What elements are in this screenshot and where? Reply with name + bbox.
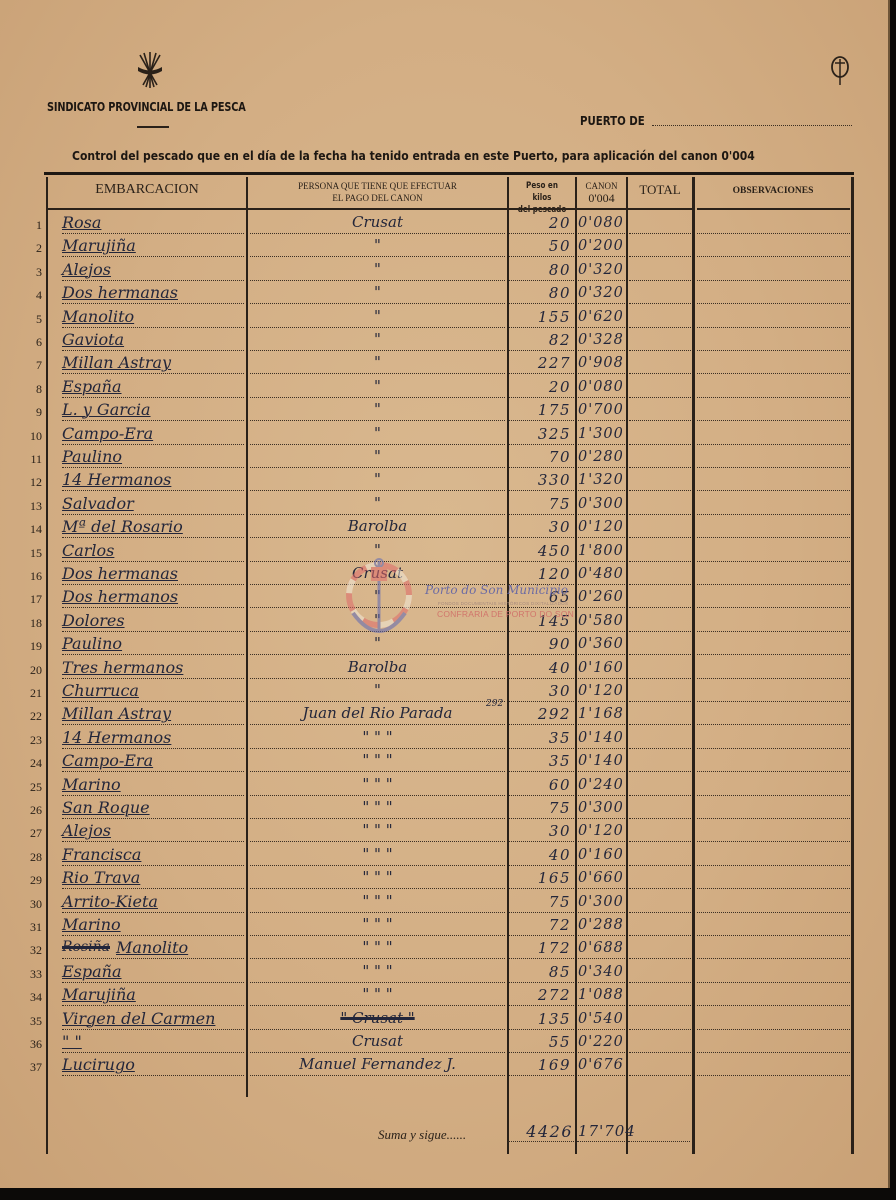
row-rule: [629, 724, 691, 725]
canon-amount: 0'320: [578, 262, 634, 278]
row-rule: [697, 724, 850, 725]
row-rule: [509, 958, 574, 959]
canon-amount: 0'480: [578, 566, 634, 582]
canon-amount: 1'320: [578, 472, 634, 488]
row-rule: [629, 397, 691, 398]
weight-kg: 175: [505, 401, 571, 419]
row-number: 29: [22, 873, 42, 888]
row-rule: [250, 1029, 505, 1030]
row-rule: [509, 467, 574, 468]
total-cell[interactable]: [628, 703, 692, 725]
observaciones-cell[interactable]: [697, 1054, 850, 1076]
total-cell[interactable]: [628, 727, 692, 749]
observaciones-cell[interactable]: [697, 937, 850, 959]
table-row: 30Arrito-Kieta" " "750'300: [0, 891, 888, 914]
table-row: 1RosaCrusat200'080: [0, 212, 888, 235]
boat-name: " ": [62, 1032, 82, 1051]
observaciones-cell[interactable]: [697, 352, 850, 374]
row-rule: [697, 795, 850, 796]
row-rule: [697, 537, 850, 538]
table-row: 15Carlos"4501'800: [0, 540, 888, 563]
total-cell[interactable]: [628, 586, 692, 608]
header-persona-line1: PERSONA QUE TIENE QUE EFECTUAR: [248, 180, 507, 192]
total-cell[interactable]: [628, 212, 692, 234]
payer-name: ": [250, 260, 505, 278]
row-rule: [578, 912, 625, 913]
row-rule: [509, 397, 574, 398]
total-cell[interactable]: [628, 493, 692, 515]
row-number: 20: [22, 663, 42, 678]
row-rule: [697, 373, 850, 374]
observaciones-cell[interactable]: [697, 891, 850, 913]
observaciones-cell[interactable]: [697, 703, 850, 725]
payer-name: Barolba: [250, 517, 505, 535]
observaciones-cell[interactable]: [697, 306, 850, 328]
row-rule: [578, 397, 625, 398]
anchor-lifebuoy-stamp-icon: [343, 555, 415, 645]
observaciones-cell[interactable]: [697, 376, 850, 398]
row-rule: [578, 537, 625, 538]
table-row: 37LucirugoManuel Fernandez J.1690'676: [0, 1054, 888, 1077]
weight-kg: 30: [505, 518, 571, 536]
observaciones-cell[interactable]: [697, 1031, 850, 1053]
oval-seal-icon: [830, 55, 850, 87]
row-rule: [578, 584, 625, 585]
canon-amount: 0'120: [578, 683, 634, 699]
header-embarcacion: EMBARCACION: [48, 177, 246, 211]
observaciones-cell[interactable]: [697, 750, 850, 772]
row-rule: [578, 795, 625, 796]
boat-name: Campo-Era: [62, 751, 153, 770]
row-rule: [62, 982, 244, 983]
row-rule: [62, 748, 244, 749]
boat-name: España: [62, 377, 122, 396]
boat-name: Carlos: [62, 541, 114, 560]
canon-amount: 0'300: [578, 800, 634, 816]
boat-name: Tres hermanos: [62, 658, 183, 677]
total-cell[interactable]: [628, 984, 692, 1006]
weight-kg: 80: [505, 284, 571, 302]
row-rule: [62, 958, 244, 959]
canon-amount: 0'620: [578, 309, 634, 325]
boat-name: Francisca: [62, 845, 141, 864]
row-rule: [62, 654, 244, 655]
total-cell[interactable]: [628, 1054, 692, 1076]
document-page: SINDICATO PROVINCIAL DE LA PESCA PUERTO …: [0, 0, 890, 1188]
weight-kg: 450: [505, 542, 571, 560]
row-rule: [62, 724, 244, 725]
row-number: 36: [22, 1037, 42, 1052]
row-rule: [629, 631, 691, 632]
row-rule: [697, 561, 850, 562]
total-cell[interactable]: [628, 469, 692, 491]
row-rule: [629, 841, 691, 842]
weight-kg: 82: [505, 331, 571, 349]
row-rule: [509, 1052, 574, 1053]
row-rule: [250, 303, 505, 304]
row-rule: [578, 373, 625, 374]
row-rule: [62, 631, 244, 632]
observaciones-cell[interactable]: [697, 867, 850, 889]
summary-rule: [577, 1141, 625, 1142]
row-rule: [578, 233, 625, 234]
total-cell[interactable]: [628, 657, 692, 679]
row-rule: [250, 678, 505, 679]
total-cell[interactable]: [628, 259, 692, 281]
canon-amount: 0'280: [578, 449, 634, 465]
observaciones-cell[interactable]: [697, 235, 850, 257]
row-rule: [578, 1052, 625, 1053]
row-rule: [250, 865, 505, 866]
observaciones-cell[interactable]: [697, 282, 850, 304]
row-rule: [250, 958, 505, 959]
total-cell[interactable]: [628, 914, 692, 936]
row-number: 1: [22, 218, 42, 233]
payer-name: Crusat: [250, 213, 505, 231]
observaciones-cell[interactable]: [697, 727, 850, 749]
table-row: 14Mª del RosarioBarolba300'120: [0, 516, 888, 539]
row-rule: [697, 631, 850, 632]
row-rule: [578, 350, 625, 351]
weight-kg: 75: [505, 799, 571, 817]
row-rule: [62, 256, 244, 257]
boat-name: Marino: [62, 775, 121, 794]
header-peso-line1: Peso en kilos: [516, 180, 569, 204]
payer-name: " " ": [250, 728, 505, 746]
port-field[interactable]: [652, 125, 852, 126]
total-cell[interactable]: [628, 282, 692, 304]
row-rule: [578, 818, 625, 819]
observaciones-cell[interactable]: [697, 914, 850, 936]
row-rule: [578, 514, 625, 515]
row-rule: [62, 514, 244, 515]
row-rule: [578, 1075, 625, 1076]
weight-kg: 75: [505, 893, 571, 911]
total-cell[interactable]: [628, 937, 692, 959]
row-rule: [509, 280, 574, 281]
observaciones-cell[interactable]: [697, 446, 850, 468]
canon-amount: 0'200: [578, 238, 634, 254]
row-rule: [697, 865, 850, 866]
payer-name: " " ": [250, 775, 505, 793]
boat-name: España: [62, 962, 122, 981]
observaciones-cell[interactable]: [697, 493, 850, 515]
observaciones-cell[interactable]: [697, 329, 850, 351]
total-cell[interactable]: [628, 961, 692, 983]
row-rule: [250, 1005, 505, 1006]
payer-name: " " ": [250, 962, 505, 980]
total-cell[interactable]: [628, 516, 692, 538]
total-cell[interactable]: [628, 891, 692, 913]
row-rule: [578, 724, 625, 725]
canon-amount: 1'300: [578, 426, 634, 442]
row-rule: [509, 444, 574, 445]
row-rule: [629, 888, 691, 889]
row-rule: [578, 561, 625, 562]
row-rule: [578, 256, 625, 257]
total-cell[interactable]: [628, 235, 692, 257]
row-rule: [697, 397, 850, 398]
row-rule: [250, 327, 505, 328]
row-rule: [697, 982, 850, 983]
row-rule: [509, 233, 574, 234]
row-rule: [629, 982, 691, 983]
observaciones-cell[interactable]: [697, 820, 850, 842]
observaciones-cell[interactable]: [697, 563, 850, 585]
total-cell[interactable]: [628, 352, 692, 374]
weight-kg: 72: [505, 916, 571, 934]
boat-name: 14 Hermanos: [62, 470, 171, 489]
row-rule: [578, 1005, 625, 1006]
table-row: 6Gaviota"820'328: [0, 329, 888, 352]
header-underline: [509, 208, 575, 210]
row-rule: [629, 444, 691, 445]
boat-name: Alejos: [62, 821, 111, 840]
row-number: 22: [22, 709, 42, 724]
row-rule: [629, 1029, 691, 1030]
weight-kg: 172: [505, 939, 571, 957]
boat-name: Virgen del Carmen: [62, 1009, 215, 1028]
table-row: 19Paulino"900'360: [0, 633, 888, 656]
boat-name: Paulino: [62, 447, 122, 466]
table-row: 33España" " "850'340: [0, 961, 888, 984]
total-cell[interactable]: [628, 610, 692, 632]
row-rule: [62, 865, 244, 866]
observaciones-cell[interactable]: [697, 610, 850, 632]
table-row: 1214 Hermanos"3301'320: [0, 469, 888, 492]
row-rule: [509, 841, 574, 842]
row-rule: [578, 631, 625, 632]
row-number: 26: [22, 803, 42, 818]
row-rule: [697, 678, 850, 679]
row-rule: [62, 373, 244, 374]
payer-name: ": [250, 236, 505, 254]
row-rule: [62, 1052, 244, 1053]
observaciones-cell[interactable]: [697, 633, 850, 655]
row-rule: [629, 607, 691, 608]
row-rule: [250, 818, 505, 819]
row-rule: [509, 490, 574, 491]
row-rule: [697, 888, 850, 889]
boat-name: Millan Astray: [62, 704, 171, 723]
row-rule: [629, 865, 691, 866]
row-rule: [62, 350, 244, 351]
organization-underline: [137, 126, 169, 128]
row-number: 32: [22, 943, 42, 958]
total-cell[interactable]: [628, 797, 692, 819]
row-number: 13: [22, 499, 42, 514]
weight-kg: 120: [505, 565, 571, 583]
header-peso: Peso en kilos del pescado: [516, 177, 569, 212]
row-rule: [62, 841, 244, 842]
observaciones-cell[interactable]: [697, 1008, 850, 1030]
payer-name: Barolba: [250, 658, 505, 676]
header-underline: [248, 208, 507, 210]
weight-kg: 75: [505, 495, 571, 513]
observaciones-cell[interactable]: [697, 961, 850, 983]
struck-boat-name: Rosiña: [62, 939, 110, 955]
table-row: 35Virgen del Carmen" Crusat "1350'540: [0, 1008, 888, 1031]
observaciones-cell[interactable]: [697, 586, 850, 608]
row-rule: [62, 607, 244, 608]
table-row: 32RosiñaManolito" " "1720'688: [0, 937, 888, 960]
boat-name: Manolito: [62, 307, 134, 326]
total-cell[interactable]: [628, 750, 692, 772]
row-rule: [697, 818, 850, 819]
row-rule: [578, 490, 625, 491]
observaciones-cell[interactable]: [697, 774, 850, 796]
row-rule: [578, 1029, 625, 1030]
canon-amount: 1'088: [578, 987, 634, 1003]
total-cell[interactable]: [628, 376, 692, 398]
header-canon-line2: 0'004: [577, 192, 626, 204]
canon-amount: 0'360: [578, 636, 634, 652]
row-number: 14: [22, 522, 42, 537]
row-rule: [697, 1052, 850, 1053]
total-cell[interactable]: [628, 329, 692, 351]
row-rule: [629, 584, 691, 585]
boat-name: Gaviota: [62, 330, 124, 349]
row-rule: [629, 912, 691, 913]
row-rule: [62, 467, 244, 468]
total-cell[interactable]: [628, 820, 692, 842]
row-rule: [509, 631, 574, 632]
payer-name: " " ": [250, 985, 505, 1003]
stamp-archive-text: FONDOS DOCUMENTAIS HISTÓRICOS DIXITALIZA…: [438, 601, 568, 606]
table-row: 25Marino" " "600'240: [0, 774, 888, 797]
row-rule: [250, 1052, 505, 1053]
total-cell[interactable]: [628, 423, 692, 445]
row-rule: [697, 1075, 850, 1076]
boat-name: Alejos: [62, 260, 111, 279]
observaciones-cell[interactable]: [697, 680, 850, 702]
row-rule: [509, 701, 574, 702]
row-rule: [509, 303, 574, 304]
row-rule: [509, 561, 574, 562]
row-rule: [509, 912, 574, 913]
observaciones-cell[interactable]: [697, 844, 850, 866]
total-cell[interactable]: [628, 1008, 692, 1030]
weight-kg: 292: [505, 705, 571, 723]
table-row: 29Rio Trava" " "1650'660: [0, 867, 888, 890]
summary-peso-total: 4426: [505, 1122, 573, 1141]
row-rule: [629, 935, 691, 936]
observaciones-cell[interactable]: [697, 259, 850, 281]
total-cell[interactable]: [628, 867, 692, 889]
weight-kg: 169: [505, 1056, 571, 1074]
row-number: 7: [22, 358, 42, 373]
row-rule: [509, 373, 574, 374]
observaciones-cell[interactable]: [697, 657, 850, 679]
row-rule: [250, 373, 505, 374]
row-rule: [578, 748, 625, 749]
row-number: 21: [22, 686, 42, 701]
observaciones-cell[interactable]: [697, 516, 850, 538]
boat-name: Mª del Rosario: [62, 517, 183, 536]
payer-name: ": [250, 400, 505, 418]
table-row: 4Dos hermanas"800'320: [0, 282, 888, 305]
boat-name: Dos hermanas: [62, 283, 178, 302]
row-rule: [697, 350, 850, 351]
table-row: 20Tres hermanosBarolba400'160: [0, 657, 888, 680]
header-persona-line2: EL PAGO DEL CANON: [248, 192, 507, 204]
row-rule: [697, 935, 850, 936]
observaciones-cell[interactable]: [697, 212, 850, 234]
total-cell[interactable]: [628, 399, 692, 421]
boat-name: Lucirugo: [62, 1055, 135, 1074]
row-rule: [697, 256, 850, 257]
total-cell[interactable]: [628, 680, 692, 702]
total-cell[interactable]: [628, 306, 692, 328]
observaciones-cell[interactable]: [697, 423, 850, 445]
total-cell[interactable]: [628, 446, 692, 468]
weight-kg: 90: [505, 635, 571, 653]
row-rule: [509, 256, 574, 257]
boat-name: Churruca: [62, 681, 139, 700]
observaciones-cell[interactable]: [697, 984, 850, 1006]
table-row: 13Salvador"750'300: [0, 493, 888, 516]
row-rule: [697, 958, 850, 959]
weight-kg: 30: [505, 682, 571, 700]
total-cell[interactable]: [628, 774, 692, 796]
payer-name: ": [250, 447, 505, 465]
table-row: 9L. y Garcia"1750'700: [0, 399, 888, 422]
total-cell[interactable]: [628, 633, 692, 655]
row-rule: [62, 490, 244, 491]
row-rule: [697, 467, 850, 468]
row-number: 30: [22, 897, 42, 912]
observaciones-cell[interactable]: [697, 469, 850, 491]
payer-name: " " ": [250, 868, 505, 886]
weight-kg: 155: [505, 308, 571, 326]
row-rule: [250, 748, 505, 749]
row-rule: [697, 584, 850, 585]
row-rule: [250, 444, 505, 445]
canon-amount: 0'700: [578, 402, 634, 418]
observaciones-cell[interactable]: [697, 797, 850, 819]
row-rule: [509, 771, 574, 772]
row-rule: [697, 1005, 850, 1006]
table-row: 11Paulino"700'280: [0, 446, 888, 469]
total-cell[interactable]: [628, 1031, 692, 1053]
total-cell[interactable]: [628, 844, 692, 866]
row-rule: [509, 795, 574, 796]
row-rule: [250, 912, 505, 913]
boat-name: Dolores: [62, 611, 125, 630]
weight-kg: 60: [505, 776, 571, 794]
total-cell[interactable]: [628, 563, 692, 585]
row-rule: [509, 748, 574, 749]
summary-rule: [508, 1141, 574, 1142]
row-rule: [629, 795, 691, 796]
row-rule: [250, 467, 505, 468]
observaciones-cell[interactable]: [697, 399, 850, 421]
table-row: 31Marino" " "720'288: [0, 914, 888, 937]
boat-name: Arrito-Kieta: [62, 892, 158, 911]
total-cell[interactable]: [628, 540, 692, 562]
row-rule: [629, 818, 691, 819]
row-rule: [250, 256, 505, 257]
boat-name: Paulino: [62, 634, 122, 653]
title-rule: [44, 172, 854, 175]
row-number: 24: [22, 756, 42, 771]
row-rule: [578, 327, 625, 328]
observaciones-cell[interactable]: [697, 540, 850, 562]
row-rule: [578, 701, 625, 702]
weight-kg: 55: [505, 1033, 571, 1051]
row-rule: [629, 327, 691, 328]
row-rule: [697, 1029, 850, 1030]
